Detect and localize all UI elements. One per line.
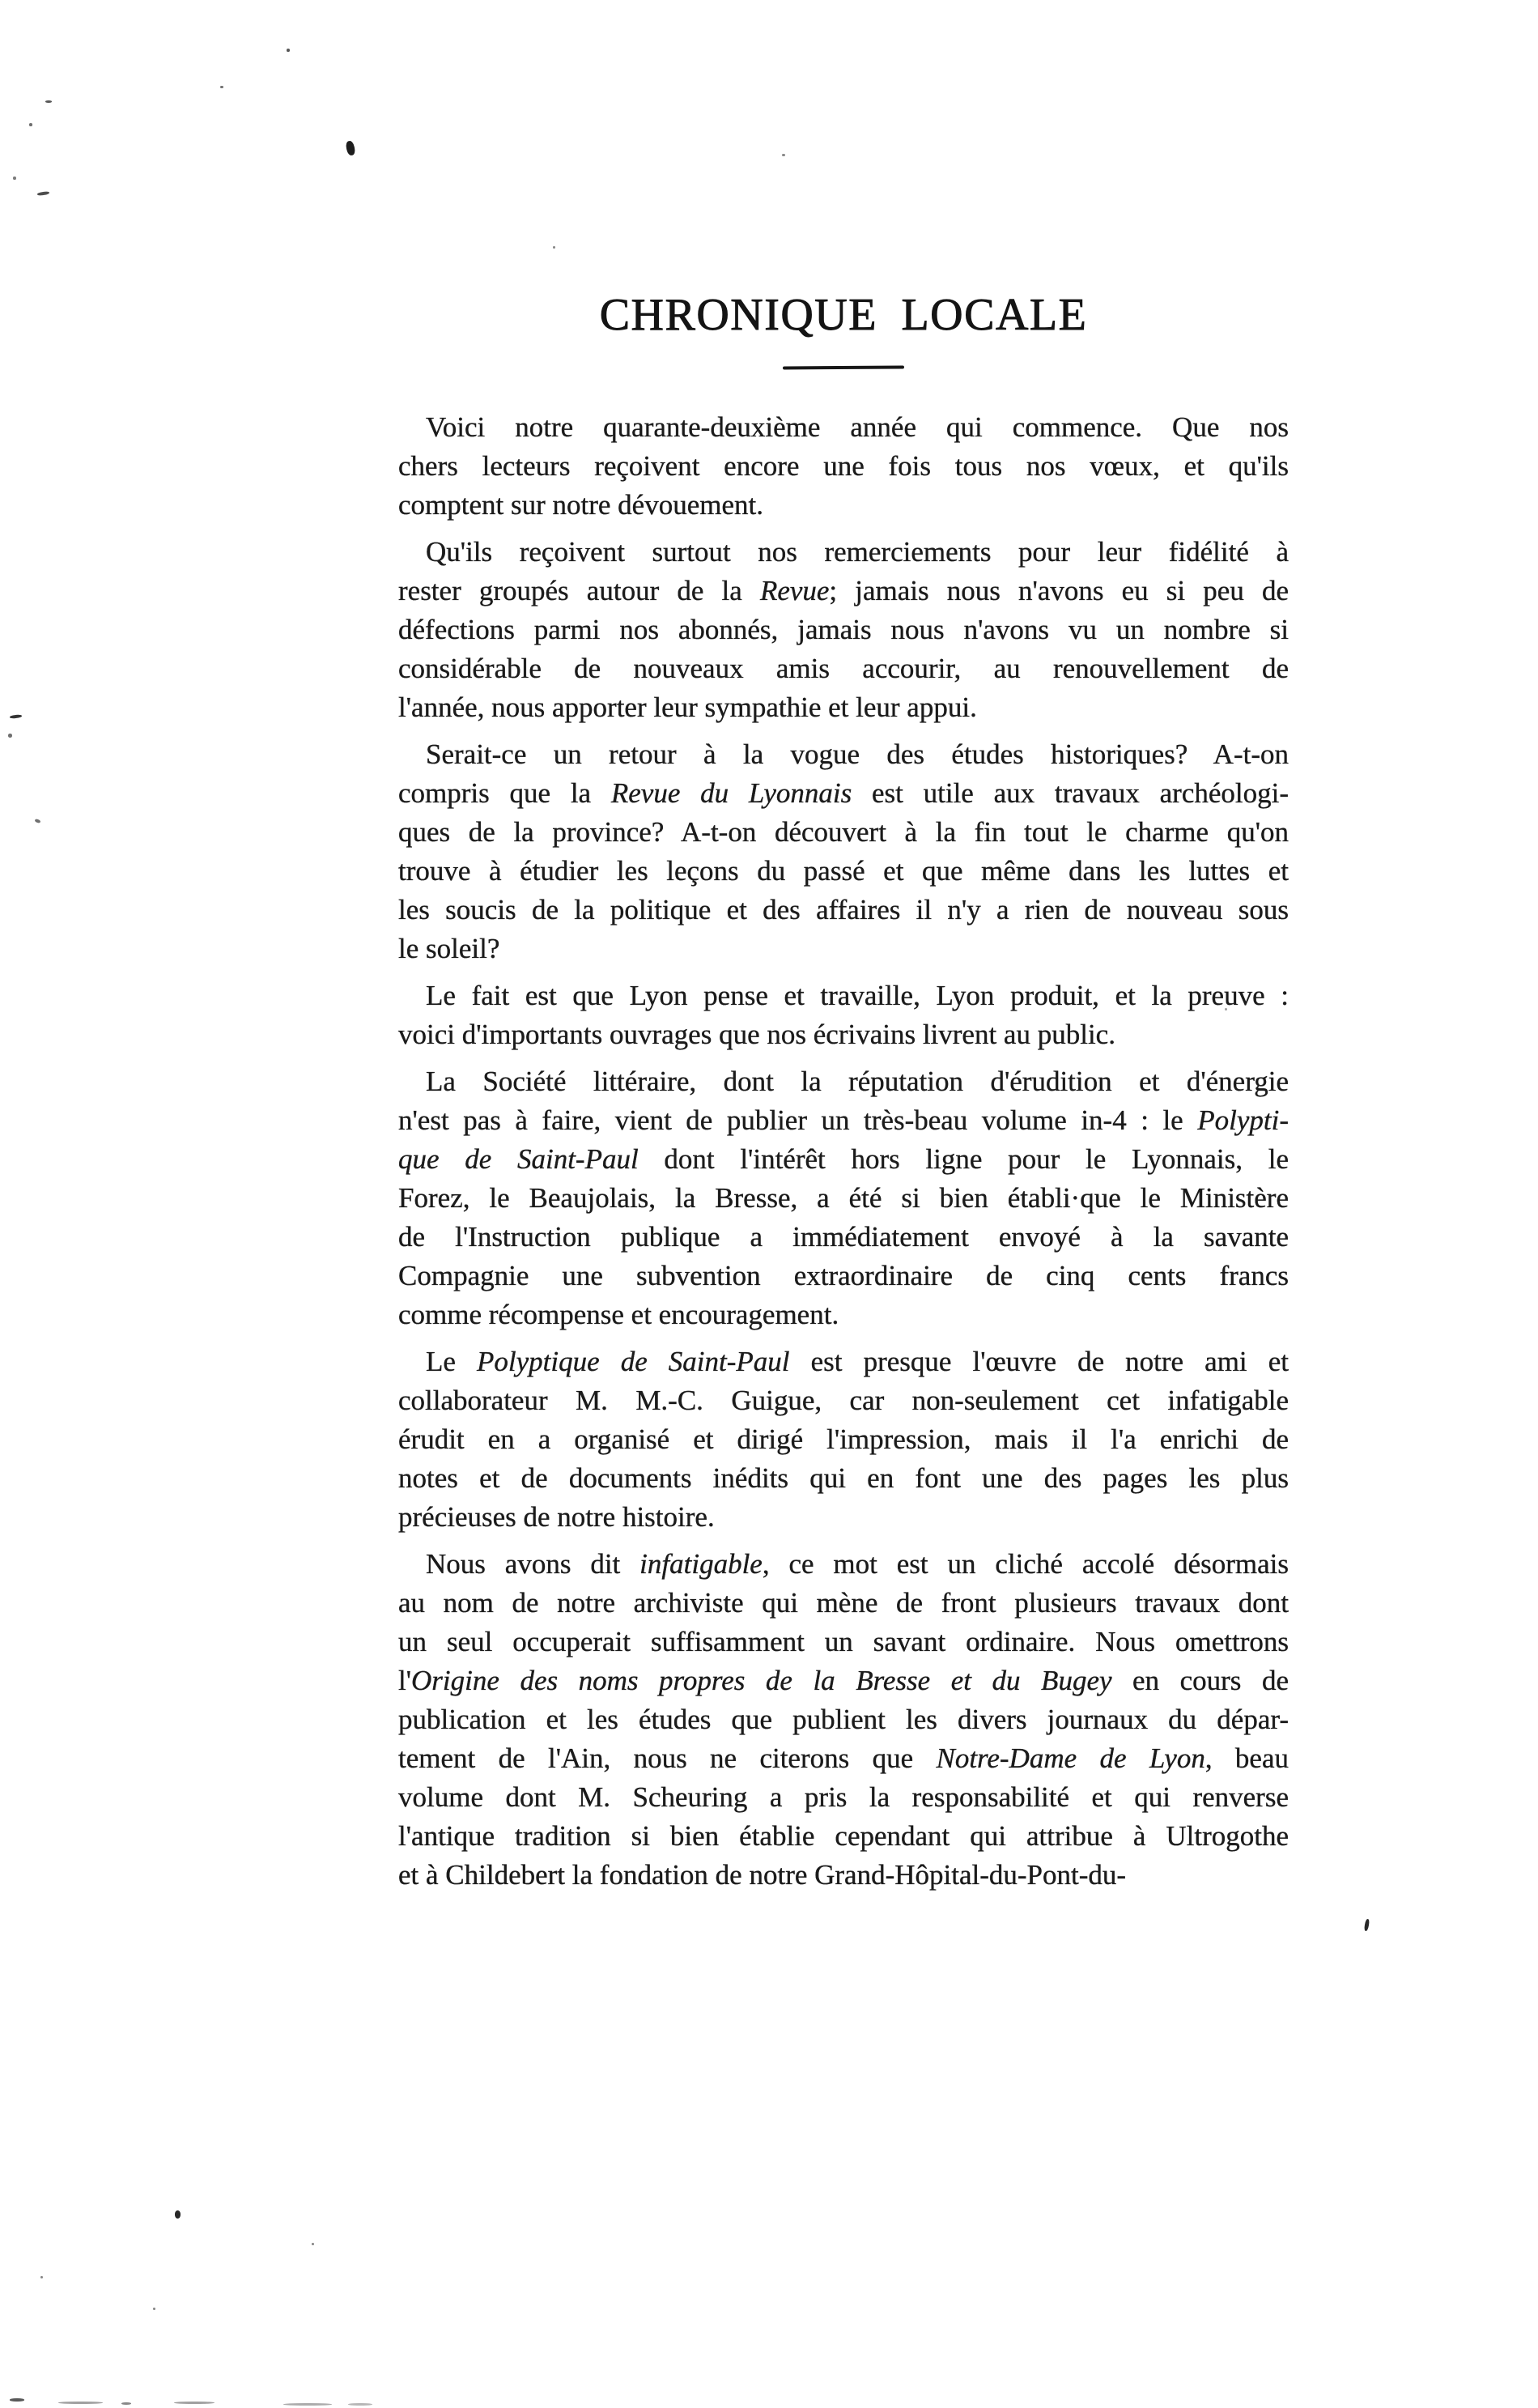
scan-speck bbox=[1364, 1919, 1370, 1932]
text-line: comptent sur notre dévouement. bbox=[398, 486, 1289, 525]
scan-speck bbox=[10, 714, 22, 719]
text-line: considérable de nouveaux amis accourir, … bbox=[398, 649, 1289, 688]
text-line: collaborateur M. M.-C. Guigue, car non-s… bbox=[398, 1381, 1289, 1420]
scan-speck bbox=[10, 2398, 24, 2402]
paragraph: Le fait est que Lyon pense et travaille,… bbox=[398, 976, 1289, 1054]
scan-speck bbox=[348, 2403, 372, 2406]
text-line: Nous avons dit infatigable, ce mot est u… bbox=[398, 1545, 1289, 1584]
text-line: Qu'ils reçoivent surtout nos remerciemen… bbox=[398, 533, 1289, 572]
paragraph: Voici notre quarante-deuxième année qui … bbox=[398, 408, 1289, 525]
paragraph: Serait-ce un retour à la vogue des étude… bbox=[398, 735, 1289, 968]
paragraph: Le Polyptique de Saint-Paul est presque … bbox=[398, 1342, 1289, 1537]
scan-speck bbox=[40, 2276, 43, 2278]
text-line: de l'Instruction publique a immédiatemen… bbox=[398, 1218, 1289, 1257]
text-line: La Société littéraire, dont la réputatio… bbox=[398, 1062, 1289, 1101]
scan-speck bbox=[35, 819, 41, 823]
scan-speck bbox=[37, 191, 49, 196]
text-line: érudit en a organisé et dirigé l'impress… bbox=[398, 1420, 1289, 1459]
text-line: ques de la province? A-t-on découvert à … bbox=[398, 813, 1289, 852]
text-line: le soleil? bbox=[398, 930, 1289, 968]
scan-speck bbox=[29, 123, 32, 126]
scan-speck bbox=[153, 2308, 155, 2310]
article-body: Voici notre quarante-deuxième année qui … bbox=[398, 408, 1289, 1895]
scan-speck bbox=[45, 100, 52, 103]
text-line: chers lecteurs reçoivent encore une fois… bbox=[398, 447, 1289, 486]
scan-speck bbox=[220, 86, 223, 88]
page-title: CHRONIQUE LOCALE bbox=[398, 290, 1289, 340]
text-line: Voici notre quarante-deuxième année qui … bbox=[398, 408, 1289, 447]
text-line: publication et les études que publient l… bbox=[398, 1700, 1289, 1739]
text-line: Compagnie une subvention extraordinaire … bbox=[398, 1257, 1289, 1295]
paragraph: La Société littéraire, dont la réputatio… bbox=[398, 1062, 1289, 1334]
scan-speck bbox=[174, 2402, 215, 2404]
scan-speck bbox=[312, 2243, 314, 2245]
scanned-page: CHRONIQUE LOCALE Voici notre quarante-de… bbox=[0, 0, 1538, 2408]
paragraph: Nous avons dit infatigable, ce mot est u… bbox=[398, 1545, 1289, 1895]
text-line: n'est pas à faire, vient de publier un t… bbox=[398, 1101, 1289, 1140]
scan-speck bbox=[13, 177, 16, 180]
text-line: Le Polyptique de Saint-Paul est presque … bbox=[398, 1342, 1289, 1381]
text-line: un seul occuperait suffisamment un savan… bbox=[398, 1623, 1289, 1661]
text-line: l'Origine des noms propres de la Bresse … bbox=[398, 1661, 1289, 1700]
paragraph: Qu'ils reçoivent surtout nos remerciemen… bbox=[398, 533, 1289, 727]
text-line: défections parmi nos abonnés, jamais nou… bbox=[398, 611, 1289, 649]
text-line: notes et de documents inédits qui en fon… bbox=[398, 1459, 1289, 1498]
text-line: l'année, nous apporter leur sympathie et… bbox=[398, 688, 1289, 727]
text-line: au nom de notre archiviste qui mène de f… bbox=[398, 1584, 1289, 1623]
text-line: Serait-ce un retour à la vogue des étude… bbox=[398, 735, 1289, 774]
scan-speck bbox=[283, 2403, 332, 2406]
scan-speck bbox=[782, 154, 785, 156]
scan-speck bbox=[58, 2402, 103, 2404]
text-line: et à Childebert la fondation de notre Gr… bbox=[398, 1856, 1289, 1895]
text-line: voici d'importants ouvrages que nos écri… bbox=[398, 1015, 1289, 1054]
text-line: Le fait est que Lyon pense et travaille,… bbox=[398, 976, 1289, 1015]
scan-speck bbox=[175, 2210, 181, 2219]
text-line: précieuses de notre histoire. bbox=[398, 1498, 1289, 1537]
scan-speck bbox=[1225, 1008, 1227, 1010]
text-line: Forez, le Beaujolais, la Bresse, a été s… bbox=[398, 1179, 1289, 1218]
text-line: compris que la Revue du Lyonnais est uti… bbox=[398, 774, 1289, 813]
scan-speck bbox=[121, 2402, 131, 2405]
scan-speck bbox=[553, 246, 555, 249]
scan-speck bbox=[345, 140, 356, 156]
text-line: trouve à étudier les leçons du passé et … bbox=[398, 852, 1289, 891]
text-line: les soucis de la politique et des affair… bbox=[398, 891, 1289, 930]
scan-speck bbox=[8, 734, 12, 738]
title-divider bbox=[783, 365, 904, 369]
text-line: rester groupés autour de la Revue; jamai… bbox=[398, 572, 1289, 611]
text-line: que de Saint-Paul dont l'intérêt hors li… bbox=[398, 1140, 1289, 1179]
text-line: l'antique tradition si bien établie cepe… bbox=[398, 1817, 1289, 1856]
title-divider-row bbox=[398, 366, 1289, 369]
text-line: comme récompense et encouragement. bbox=[398, 1295, 1289, 1334]
text-line: tement de l'Ain, nous ne citerons que No… bbox=[398, 1739, 1289, 1778]
scan-speck bbox=[287, 49, 290, 52]
text-line: volume dont M. Scheuring a pris la respo… bbox=[398, 1778, 1289, 1817]
